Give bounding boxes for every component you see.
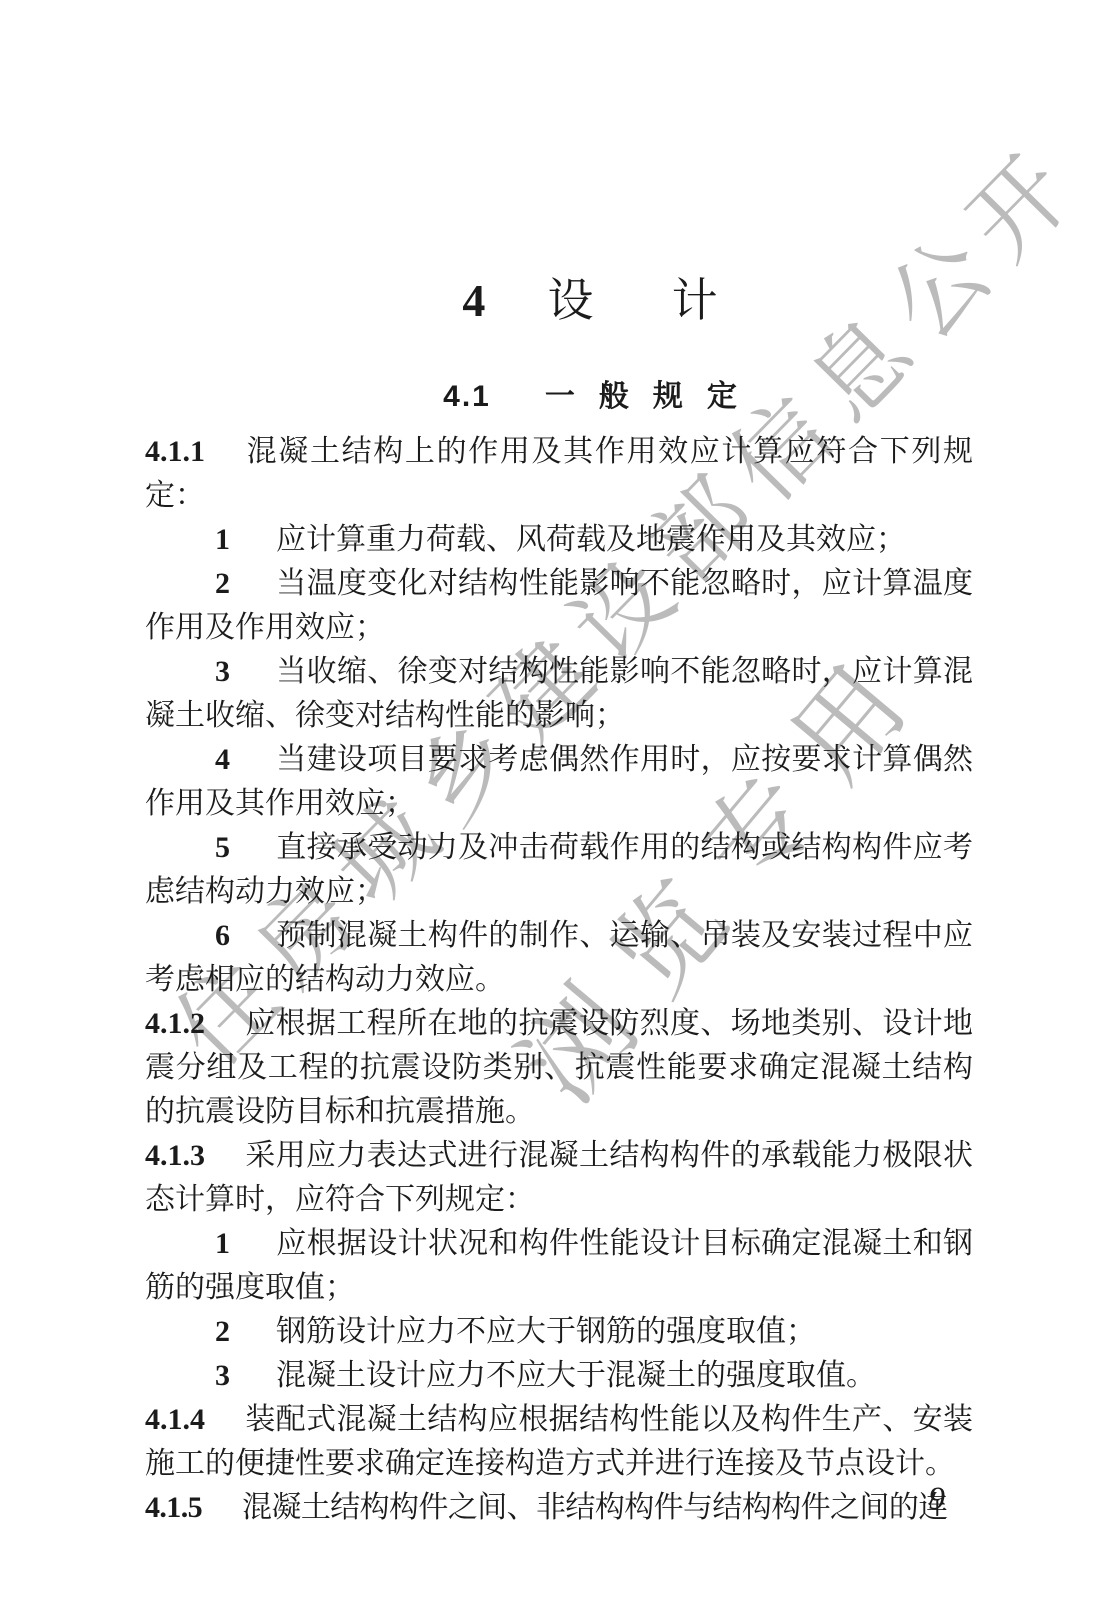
sub-item-text: 当收缩、徐变对结构性能影响不能忽略时，应计算混凝土收缩、徐变对结构性能的影响； xyxy=(145,655,973,732)
sub-item-text: 当建设项目要求考虑偶然作用时，应按要求计算偶然作用及其作用效应； xyxy=(145,743,973,820)
chapter-heading: 4设计 xyxy=(175,264,1005,330)
clause-text: 装配式混凝土结构应根据结构性能以及构件生产、安装施工的便捷性要求确定连接构造方式… xyxy=(145,1403,973,1480)
sub-item-number: 3 xyxy=(215,1359,230,1392)
chapter-number: 4 xyxy=(462,275,485,326)
clause-text: 采用应力表达式进行混凝土结构构件的承载能力极限状态计算时，应符合下列规定： xyxy=(145,1139,973,1216)
clause-number: 4.1.1 xyxy=(145,435,205,468)
sub-item-paragraph: 4当建设项目要求考虑偶然作用时，应按要求计算偶然作用及其作用效应； xyxy=(145,738,973,826)
sub-item-text: 应根据设计状况和构件性能设计目标确定混凝土和钢筋的强度取值； xyxy=(145,1227,973,1304)
section-heading: 4.1一般规定 xyxy=(175,371,1005,415)
sub-item-text: 直接承受动力及冲击荷载作用的结构或结构构件应考虑结构动力效应； xyxy=(145,831,973,908)
sub-item-text: 预制混凝土构件的制作、运输、吊装及安装过程中应考虑相应的结构动力效应。 xyxy=(145,919,973,996)
sub-item-text: 混凝土设计应力不应大于混凝土的强度取值。 xyxy=(276,1359,876,1392)
sub-item-paragraph: 2当温度变化对结构性能影响不能忽略时，应计算温度作用及作用效应； xyxy=(145,562,973,650)
sub-item-paragraph: 6预制混凝土构件的制作、运输、吊装及安装过程中应考虑相应的结构动力效应。 xyxy=(145,914,973,1002)
sub-item-text: 钢筋设计应力不应大于钢筋的强度取值； xyxy=(276,1315,816,1348)
clause-paragraph: 4.1.2应根据工程所在地的抗震设防烈度、场地类别、设计地震分组及工程的抗震设防… xyxy=(145,1002,973,1134)
clause-paragraph: 4.1.4装配式混凝土结构应根据结构性能以及构件生产、安装施工的便捷性要求确定连… xyxy=(145,1398,973,1486)
sub-item-text: 当温度变化对结构性能影响不能忽略时，应计算温度作用及作用效应； xyxy=(145,567,973,644)
sub-item-paragraph: 2钢筋设计应力不应大于钢筋的强度取值； xyxy=(145,1310,973,1354)
sub-item-paragraph: 3当收缩、徐变对结构性能影响不能忽略时，应计算混凝土收缩、徐变对结构性能的影响； xyxy=(145,650,973,738)
clause-list: 4.1.1混凝土结构上的作用及其作用效应计算应符合下列规定：1应计算重力荷载、风… xyxy=(145,430,973,1530)
sub-item-number: 1 xyxy=(215,1227,230,1260)
sub-item-number: 3 xyxy=(215,655,230,688)
section-title: 一般规定 xyxy=(545,380,761,413)
chapter-title: 设计 xyxy=(547,275,795,326)
sub-item-paragraph: 5直接承受动力及冲击荷载作用的结构或结构构件应考虑结构动力效应； xyxy=(145,826,973,914)
clause-text: 应根据工程所在地的抗震设防烈度、场地类别、设计地震分组及工程的抗震设防类别、抗震… xyxy=(145,1007,973,1128)
sub-item-number: 2 xyxy=(215,1315,230,1348)
section-number: 4.1 xyxy=(443,380,491,413)
clause-text: 混凝土结构上的作用及其作用效应计算应符合下列规定： xyxy=(145,435,973,512)
document-page: 住房城乡建设部信息公开 浏览专用 4设计 4.1一般规定 4.1.1混凝土结构上… xyxy=(0,0,1103,1598)
sub-item-paragraph: 3混凝土设计应力不应大于混凝土的强度取值。 xyxy=(145,1354,973,1398)
clause-paragraph: 4.1.1混凝土结构上的作用及其作用效应计算应符合下列规定： xyxy=(145,430,973,518)
clause-number: 4.1.4 xyxy=(145,1403,205,1436)
clause-number: 4.1.3 xyxy=(145,1139,205,1172)
sub-item-paragraph: 1应根据设计状况和构件性能设计目标确定混凝土和钢筋的强度取值； xyxy=(145,1222,973,1310)
sub-item-paragraph: 1应计算重力荷载、风荷载及地震作用及其效应； xyxy=(145,518,973,562)
page-number: 9 xyxy=(145,1481,945,1518)
sub-item-number: 1 xyxy=(215,523,230,556)
sub-item-number: 4 xyxy=(215,743,230,776)
sub-item-number: 5 xyxy=(215,831,230,864)
sub-item-text: 应计算重力荷载、风荷载及地震作用及其效应； xyxy=(276,523,906,556)
sub-item-number: 2 xyxy=(215,567,230,600)
clause-paragraph: 4.1.3采用应力表达式进行混凝土结构构件的承载能力极限状态计算时，应符合下列规… xyxy=(145,1134,973,1222)
clause-number: 4.1.2 xyxy=(145,1007,205,1040)
sub-item-number: 6 xyxy=(215,919,230,952)
